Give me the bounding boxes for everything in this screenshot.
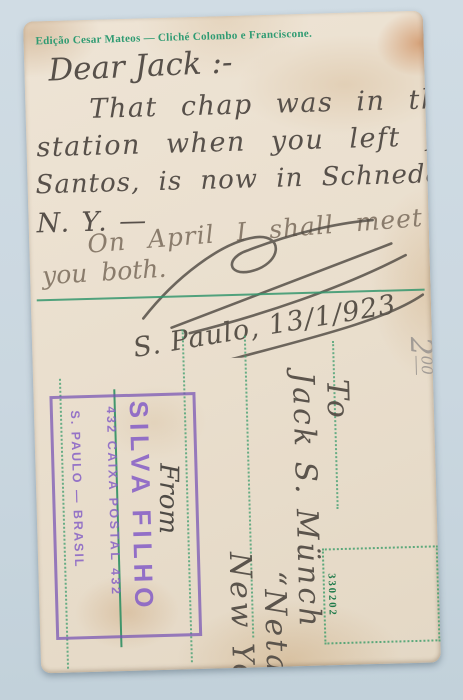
- price-cents: 00: [415, 355, 436, 375]
- message-line: That chap was in this: [89, 83, 441, 124]
- handwritten-from: From: [153, 463, 183, 534]
- postcard-photo: Edição Cesar Mateos — Cliché Colombo e F…: [0, 0, 463, 700]
- publisher-imprint: Edição Cesar Mateos — Cliché Colombo e F…: [35, 28, 312, 48]
- message-line: Santos, is now in Schnedacty,: [35, 158, 441, 201]
- printer-control-number: 330202: [325, 573, 337, 617]
- stamp-placement-box: [322, 545, 441, 644]
- price-value: 2: [403, 336, 439, 356]
- pencil-price-note: 200: [403, 336, 439, 375]
- postcard-back: Edição Cesar Mateos — Cliché Colombo e F…: [23, 11, 441, 674]
- message-line: station when you left for: [36, 120, 441, 163]
- message-greeting: Dear Jack :-: [48, 44, 234, 88]
